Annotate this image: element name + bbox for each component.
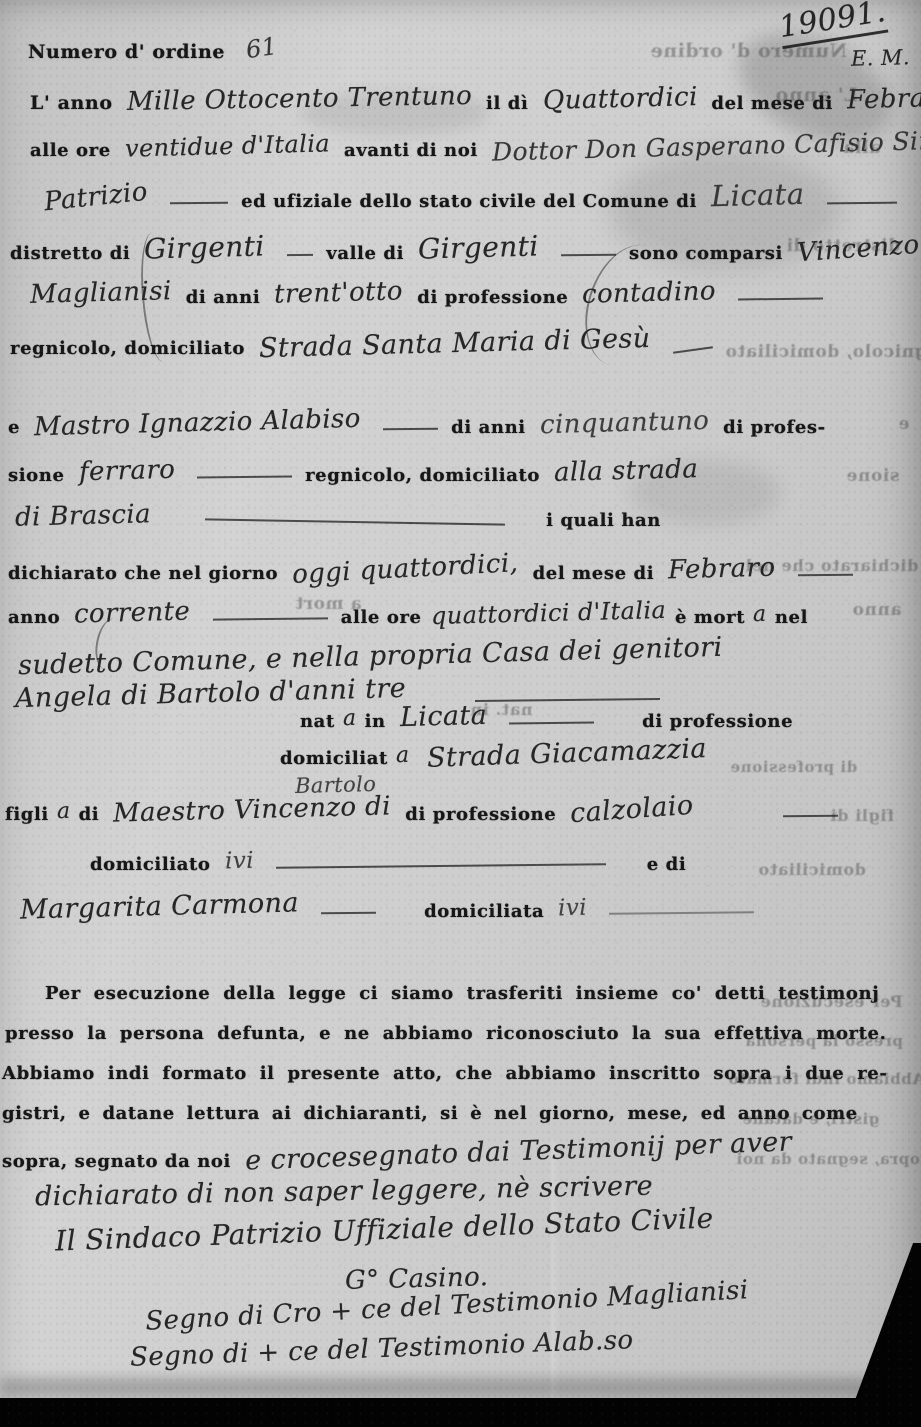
form-line-witness2-profession: sione ferraro regnicolo, domiciliato all… [8,458,707,488]
ink-dash [783,814,838,817]
form-line-deceased-domicile: domiciliat a Strada Giacamazzia [280,740,716,771]
deceased-domicile-value: Strada Giacamazzia [426,733,707,774]
form-line-witness2-domicile: di Brascia i quali han [15,503,661,533]
anno-label: L' anno [30,92,113,114]
closing-paragraph-line5: sopra, segnato da noi e crocesegnato dai… [2,1143,801,1174]
ink-dash [276,863,606,868]
anni2-label: di anni [451,417,526,438]
attestation-line: dichiarato di non saper leggere, nè scri… [35,1178,662,1209]
mother-domicile-value: ivi [558,895,588,922]
numero-ordine-value: 61 [244,32,279,64]
ink-dash [287,253,313,255]
form-line-witness1: Maglianisi di anni trent'otto di profess… [30,280,831,310]
nat-suffix: a [343,706,357,731]
ore-label: alle ore [30,140,111,161]
official-name: Dottor Don Gasperano Cafisio Sindaco [492,124,921,166]
ink-dash [673,346,713,354]
profes-label: di profes- [723,417,826,438]
ink-dash [827,201,897,204]
witness2-name: Mastro Ignazzio Alabiso [34,404,361,443]
ink-dash [561,253,616,256]
figli-label: figli [5,804,49,825]
form-line-witness1-domicile: regnicolo, domiciliato Strada Santa Mari… [10,330,721,361]
form-line-death-hour: anno corrente alle ore quattordici d'Ita… [8,600,808,630]
form-line-father-domicile: domiciliato ivi e di [90,850,686,876]
father-profession-value: calzolaio [569,790,694,830]
hour-value: ventidue d'Italia [125,129,331,162]
year-value: Mille Ottocento Trentuno [126,81,472,117]
death-hour-value: quattordici d'Italia [430,596,666,630]
corner-number-value: 19091. [777,0,889,49]
official-title-value: Patrizio [43,177,149,218]
regnicolo1-label: regnicolo, domiciliato [10,338,245,359]
dichiarato-label: dichiarato che nel giorno [8,563,278,584]
di-label: di [79,804,100,825]
day-value: Quattordici [542,82,698,116]
bleedthrough-text: sione [846,466,900,486]
death-record-page: Numero d' ordine L' anno alla distretto … [0,0,921,1427]
distretto-value: Girgenti [144,229,265,265]
paragraph-text: sopra, segnato da noi [2,1151,231,1172]
scan-edge-bottom [0,1398,921,1427]
paragraph-text: gistri, e datane lettura ai dichiaranti,… [2,1103,858,1124]
ink-dash [205,518,505,525]
form-line-hour-official: alle ore ventidue d'Italia avanti di noi… [30,133,921,162]
witness2-domicile-1: alla strada [554,454,699,488]
quali-label: i quali han [546,510,661,531]
closing-paragraph-line4: gistri, e datane lettura ai dichiaranti,… [2,1103,858,1124]
form-line-death-place: sudetto Comune, e nella propria Casa dei… [18,643,732,674]
witness2-profession: ferraro [78,455,175,488]
witness2-age: cinquantuno [539,406,709,440]
paragraph-text: Abbiamo indi formato il presente atto, c… [2,1063,887,1084]
numero-ordine-label: Numero d' ordine [28,41,225,63]
avanti-label: avanti di noi [344,140,478,161]
figli-suffix: a [57,799,71,824]
witness2-domicile-2: di Brascia [15,499,152,533]
comune-value: Licata [711,177,805,213]
corner-initials: E. M. [842,48,919,72]
month-value: Febraro [847,83,921,116]
sione-label: sione [8,465,65,486]
morto-suffix: a [753,602,767,627]
prof3-label: di professione [642,711,793,732]
anno2-value: corrente [74,596,191,629]
anni1-label: di anni [186,287,261,308]
ink-dash [738,297,823,300]
in-label: in [365,711,386,732]
regnicolo2-label: regnicolo, domiciliato [305,465,540,486]
father-name-value: Maestro Vincenzo di [113,791,392,828]
bleedthrough-text: e [898,414,909,434]
birthplace-value: Licata [399,700,487,733]
paragraph-text: presso la persona defunta, e ne abbiamo … [5,1023,886,1044]
il-di-label: il dì [486,93,528,114]
ore2-label: alle ore [341,607,422,628]
valle-label: valle di [326,243,404,264]
closing-paragraph-line3: Abbiamo indi formato il presente atto, c… [2,1063,887,1084]
form-line-ufiziale: Patrizio ed ufiziale dello stato civile … [35,180,905,214]
witness2-mark: Segno di + ce del Testimonio Alab.so [130,1336,643,1366]
form-line-father: figli a di Maestro Vincenzo di di profes… [5,796,846,827]
valle-value: Girgenti [418,229,539,265]
prof1-label: di professione [417,287,568,308]
closing-paragraph-line2: presso la persona defunta, e ne abbiamo … [5,1023,886,1044]
bleedthrough-text: anno [852,600,901,620]
corner-initials-value: E. M. [851,45,910,71]
form-line-witness2: e Mastro Ignazzio Alabiso di anni cinqua… [8,410,826,440]
page-edge-shadow [0,1378,921,1398]
dom2-label: domiciliato [90,854,211,875]
father-domicile-value: ivi [224,848,254,875]
ink-dash [170,201,228,204]
ufiziale-label: ed ufiziale dello stato civile del Comun… [241,191,697,212]
witness1-last-name: Maglianisi [30,276,172,310]
crocesegnato-note: e crocesegnato dai Testimonij per aver [245,1126,793,1176]
witness1-first-name: Vincenzo [796,230,920,268]
bleedthrough-text: di professione [730,758,857,776]
e-di-label: e di [647,854,687,875]
form-line-death-day: dichiarato che nel giorno oggi quattordi… [8,556,861,586]
anno2-label: anno [8,607,60,628]
scan-edge-corner [855,1243,921,1400]
death-month-value: Febraro [668,553,776,586]
form-line-mother: Margarita Carmona domiciliata ivi [20,893,762,924]
bleedthrough-text: domiciliato [758,860,866,879]
witness1-profession: contadino [582,276,717,309]
ink-dash [509,721,594,724]
witness1-domicile: Strada Santa Maria di Gesù [259,323,651,364]
witness1-age: trent'otto [274,276,404,309]
form-line-date: L' anno Mille Ottocento Trentuno il dì Q… [30,86,921,116]
form-line-birthplace: nat a in Licata di professione [300,703,793,734]
bleedthrough-text: regnicolo, domiciliato [725,342,921,362]
corner-number: 19091. [770,4,895,43]
witness1-mark: Segno di Cro + ce del Testimonio Maglian… [145,1293,758,1323]
death-day-value: oggi quattordici, [292,548,520,590]
paragraph-text: Per esecuzione della legge ci siamo tras… [45,983,879,1004]
official-signature-title: Il Sindaco Patrizio Uffiziale dello Stat… [55,1215,723,1248]
prof4-label: di professione [405,804,556,825]
domiciliat-label: domiciliat [280,748,388,769]
ink-dash [197,475,292,478]
nat-label: nat [300,711,335,732]
morto-label: è mort [675,607,745,628]
ink-dash [383,427,438,430]
closing-paragraph-line1: Per esecuzione della legge ci siamo tras… [45,983,879,1004]
domiciliat-suffix: a [396,743,410,768]
ink-dash [213,617,328,620]
mese2-label: del mese di [533,563,655,584]
mother-name-value: Margarita Carmona [20,887,300,925]
comparsi-label: sono comparsi [629,243,783,264]
dom3-label: domiciliata [424,901,544,922]
ink-dash [321,911,376,914]
distretto-label: distretto di [10,243,130,264]
mese-label: del mese di [711,93,833,114]
numero-ordine-line: Numero d' ordine 61 [28,36,287,64]
ink-dash [609,911,754,915]
e-label: e [8,417,20,438]
ink-dash [475,698,660,702]
form-line-distretto: distretto di Girgenti valle di Girgenti … [10,233,921,266]
nel-label: nel [775,607,808,628]
ink-dash [798,573,853,576]
